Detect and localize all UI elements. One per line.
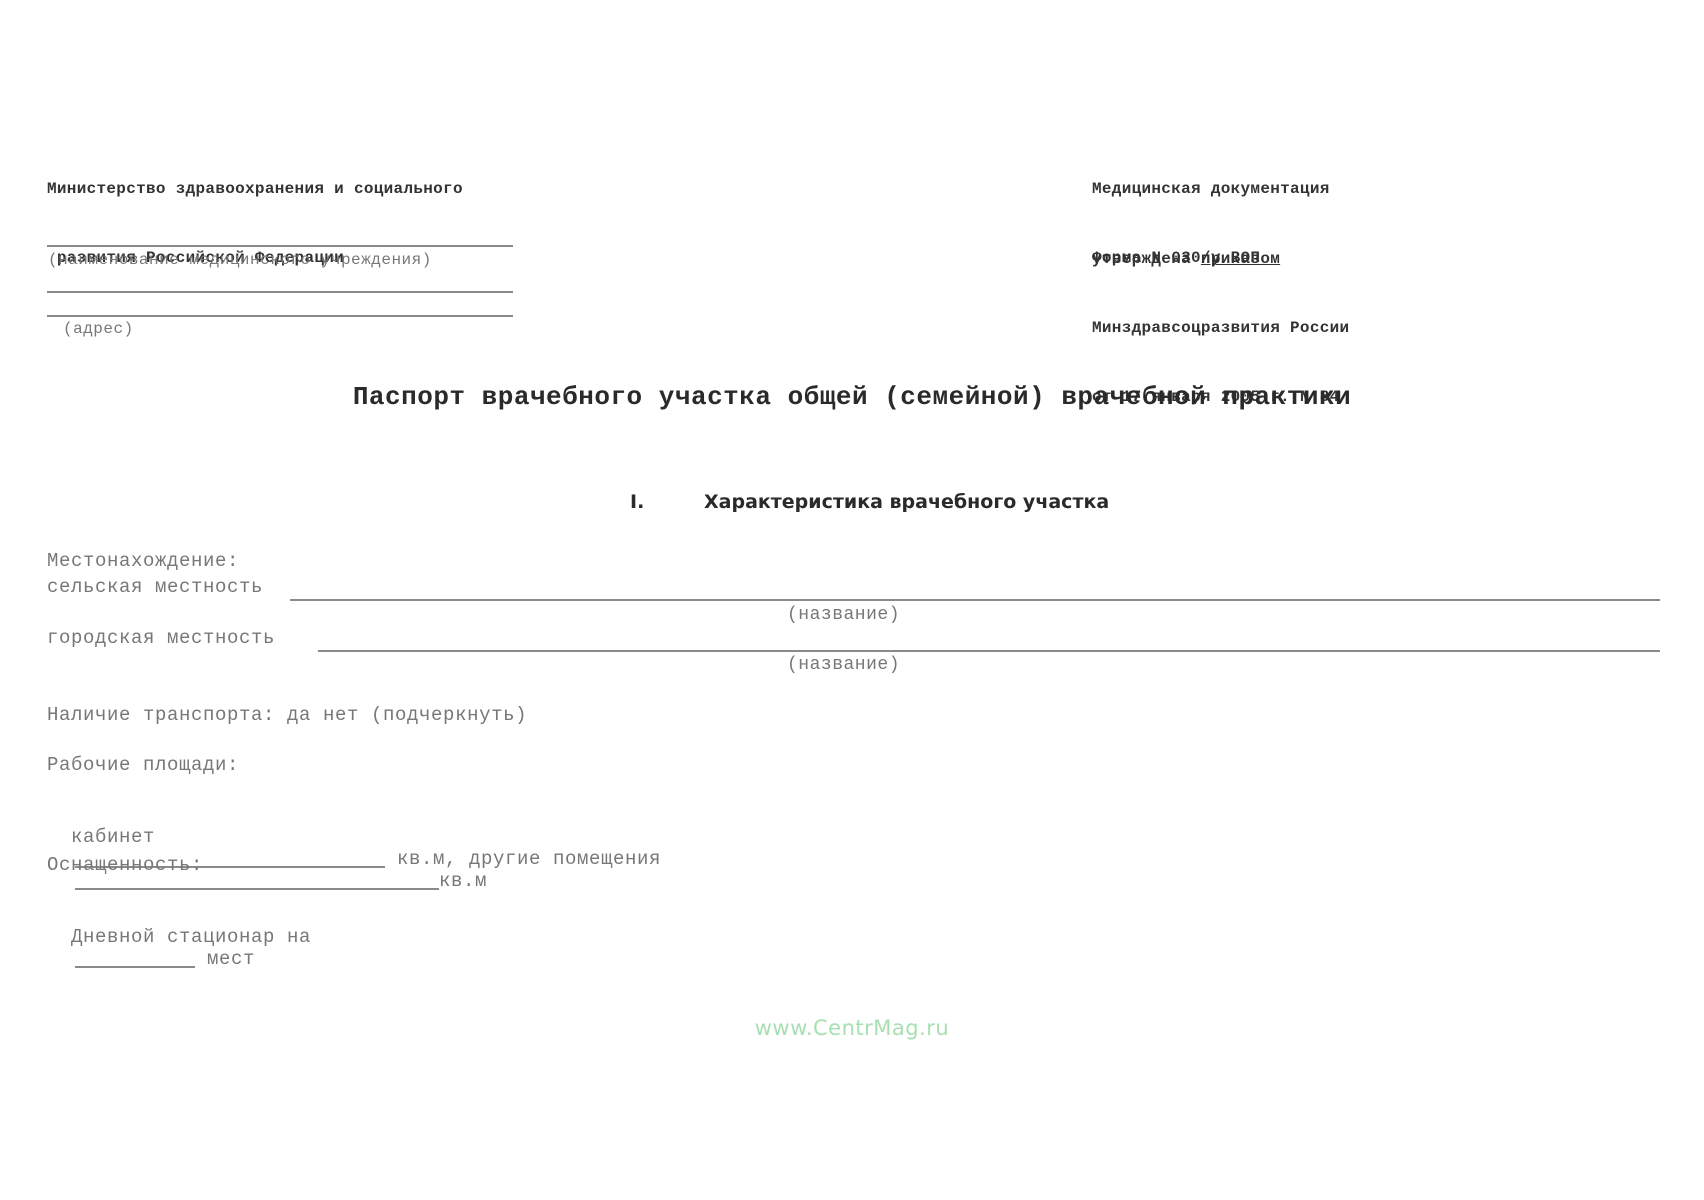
other-rooms-unit: кв.м bbox=[439, 870, 487, 892]
address-line-2[interactable] bbox=[47, 315, 513, 317]
cabinet-unit: кв.м, другие помещения bbox=[397, 848, 661, 870]
location-label: Местонахождение: bbox=[47, 550, 239, 572]
day-hospital-row: Дневной стационар на мест bbox=[47, 904, 311, 970]
approving-ministry: Минздравсоцразвития России bbox=[1092, 317, 1349, 340]
areas-row: кабинет кв.м, другие помещения кв.м bbox=[47, 804, 661, 892]
document-title: Паспорт врачебного участка общей (семейн… bbox=[0, 382, 1704, 412]
order-link[interactable]: приказом bbox=[1201, 250, 1280, 268]
equipment-label: Оснащенность: bbox=[47, 854, 203, 876]
day-hospital-beds-field[interactable] bbox=[75, 966, 195, 968]
day-hospital-label: Дневной стационар на bbox=[71, 926, 311, 948]
day-hospital-unit: мест bbox=[207, 948, 255, 970]
urban-label: городская местность bbox=[47, 627, 275, 649]
rural-name-field[interactable] bbox=[290, 599, 1660, 601]
urban-name-field[interactable] bbox=[318, 650, 1660, 652]
urban-caption: (название) bbox=[787, 655, 900, 675]
approval-line: утверждена приказом bbox=[1092, 248, 1349, 271]
work-areas-label: Рабочие площади: bbox=[47, 754, 239, 776]
institution-name-line[interactable] bbox=[47, 245, 513, 247]
address-line-1[interactable] bbox=[47, 291, 513, 293]
cabinet-label: кабинет bbox=[71, 826, 155, 848]
watermark: www.CentrMag.ru bbox=[0, 1016, 1704, 1040]
ministry-line-1: Министерство здравоохранения и социально… bbox=[47, 178, 463, 201]
institution-name-caption: (наименование медицинского учреждения) bbox=[48, 251, 432, 269]
rural-label: сельская местность bbox=[47, 576, 263, 598]
section-number: I. bbox=[630, 491, 704, 513]
other-rooms-area-field[interactable] bbox=[75, 888, 439, 890]
rural-caption: (название) bbox=[787, 605, 900, 625]
transport-label: Наличие транспорта: да нет (подчеркнуть) bbox=[47, 704, 527, 726]
section-heading: I.Характеристика врачебного участка bbox=[630, 491, 1109, 513]
approved-prefix: утверждена bbox=[1092, 250, 1201, 268]
section-title: Характеристика врачебного участка bbox=[704, 491, 1109, 513]
doc-type: Медицинская документация bbox=[1092, 178, 1330, 201]
address-caption: (адрес) bbox=[63, 320, 134, 338]
